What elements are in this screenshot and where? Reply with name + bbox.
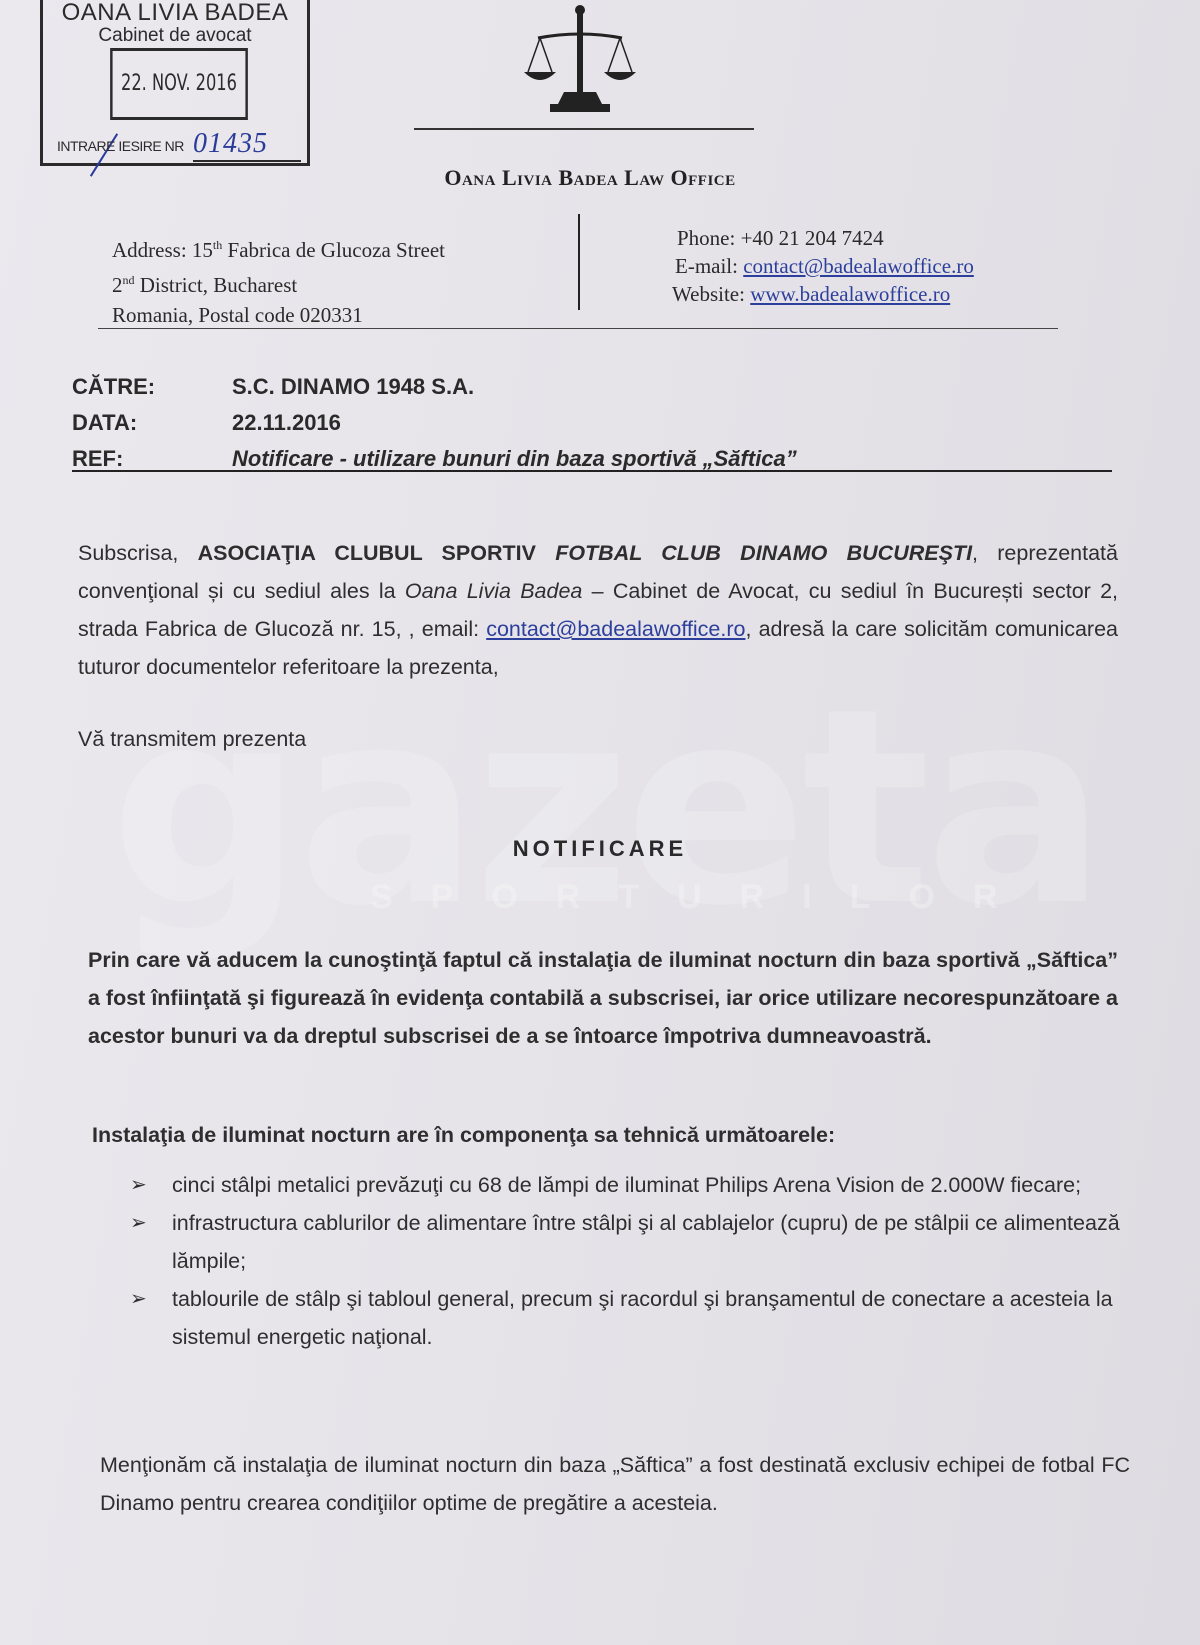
email-row: E-mail: contact@badealawoffice.ro — [675, 252, 974, 280]
arrow-bullet-icon: ➢ — [130, 1204, 147, 1242]
email-link[interactable]: contact@badealawoffice.ro — [743, 254, 974, 278]
list-item: ➢cinci stâlpi metalici prevăzuţi cu 68 d… — [130, 1166, 1120, 1204]
watermark-gazeta: gazeta — [110, 650, 1101, 965]
meta-bottom-rule — [72, 470, 1112, 472]
arrow-bullet-icon: ➢ — [130, 1280, 147, 1318]
paragraph-notice: Prin care vă aducem la cunoştinţă faptul… — [88, 941, 1118, 1055]
address-block: Address: 15th Fabrica de Glucoza Street … — [112, 230, 445, 330]
reference: Notificare - utilizare bunuri din baza s… — [232, 446, 797, 472]
paragraph-transmit: Vă transmitem prezenta — [78, 720, 1118, 758]
letterhead-bottom-rule — [98, 328, 1058, 329]
arrow-bullet-icon: ➢ — [130, 1166, 147, 1204]
letterhead-divider — [578, 214, 580, 310]
stamp-register-number: 01435 — [193, 128, 268, 160]
website-row: Website: www.badealawoffice.ro — [672, 280, 974, 308]
notice-title: NOTIFICARE — [0, 836, 1200, 862]
office-name: Oana Livia Badea Law Office — [0, 165, 1180, 191]
stamp-register-underline — [193, 160, 301, 162]
address-line-3: Romania, Postal code 020331 — [112, 300, 445, 330]
components-list: ➢cinci stâlpi metalici prevăzuţi cu 68 d… — [130, 1166, 1120, 1356]
office-name-text: Oana Livia Badea Law Office — [444, 165, 735, 190]
document-page: gazeta SPORTURILOR OANA LIVIA BADEA Cabi… — [0, 0, 1200, 1645]
recipient: S.C. DINAMO 1948 S.A. — [232, 374, 474, 400]
address-line-1: Address: 15th Fabrica de Glucoza Street — [112, 230, 445, 265]
paragraph-components-heading: Instalaţia de iluminat nocturn are în co… — [92, 1116, 1132, 1154]
paragraph-purpose: Menţionăm că instalaţia de iluminat noct… — [100, 1446, 1130, 1522]
letter-date: 22.11.2016 — [232, 410, 341, 436]
registration-stamp: OANA LIVIA BADEA Cabinet de avocat 22. N… — [40, 0, 310, 166]
paragraph-intro: Subscrisa, ASOCIAŢIA CLUBUL SPORTIV FOTB… — [78, 534, 1118, 686]
stamp-subtitle: Cabinet de avocat — [43, 26, 307, 46]
website-link[interactable]: www.badealawoffice.ro — [750, 282, 950, 306]
list-item: ➢tablourile de stâlp şi tabloul general,… — [130, 1280, 1120, 1356]
phone-number: +40 21 204 7424 — [741, 226, 884, 250]
stamp-register-label: INTRARE IESIRE NR — [57, 138, 184, 154]
stamp-date: 22. NOV. 2016 — [110, 48, 248, 120]
logo-divider — [414, 128, 754, 130]
address-line-2: 2nd District, Bucharest — [112, 265, 445, 300]
contact-block: Phone: +40 21 204 7424 E-mail: contact@b… — [675, 224, 974, 308]
list-item: ➢infrastructura cablurilor de alimentare… — [130, 1204, 1120, 1280]
scales-of-justice-icon — [520, 0, 640, 120]
watermark-sporturilor: SPORTURILOR — [370, 878, 1035, 917]
body-email-link[interactable]: contact@badealawoffice.ro — [486, 617, 745, 641]
stamp-name: OANA LIVIA BADEA — [43, 0, 307, 26]
phone-row: Phone: +40 21 204 7424 — [677, 224, 974, 252]
